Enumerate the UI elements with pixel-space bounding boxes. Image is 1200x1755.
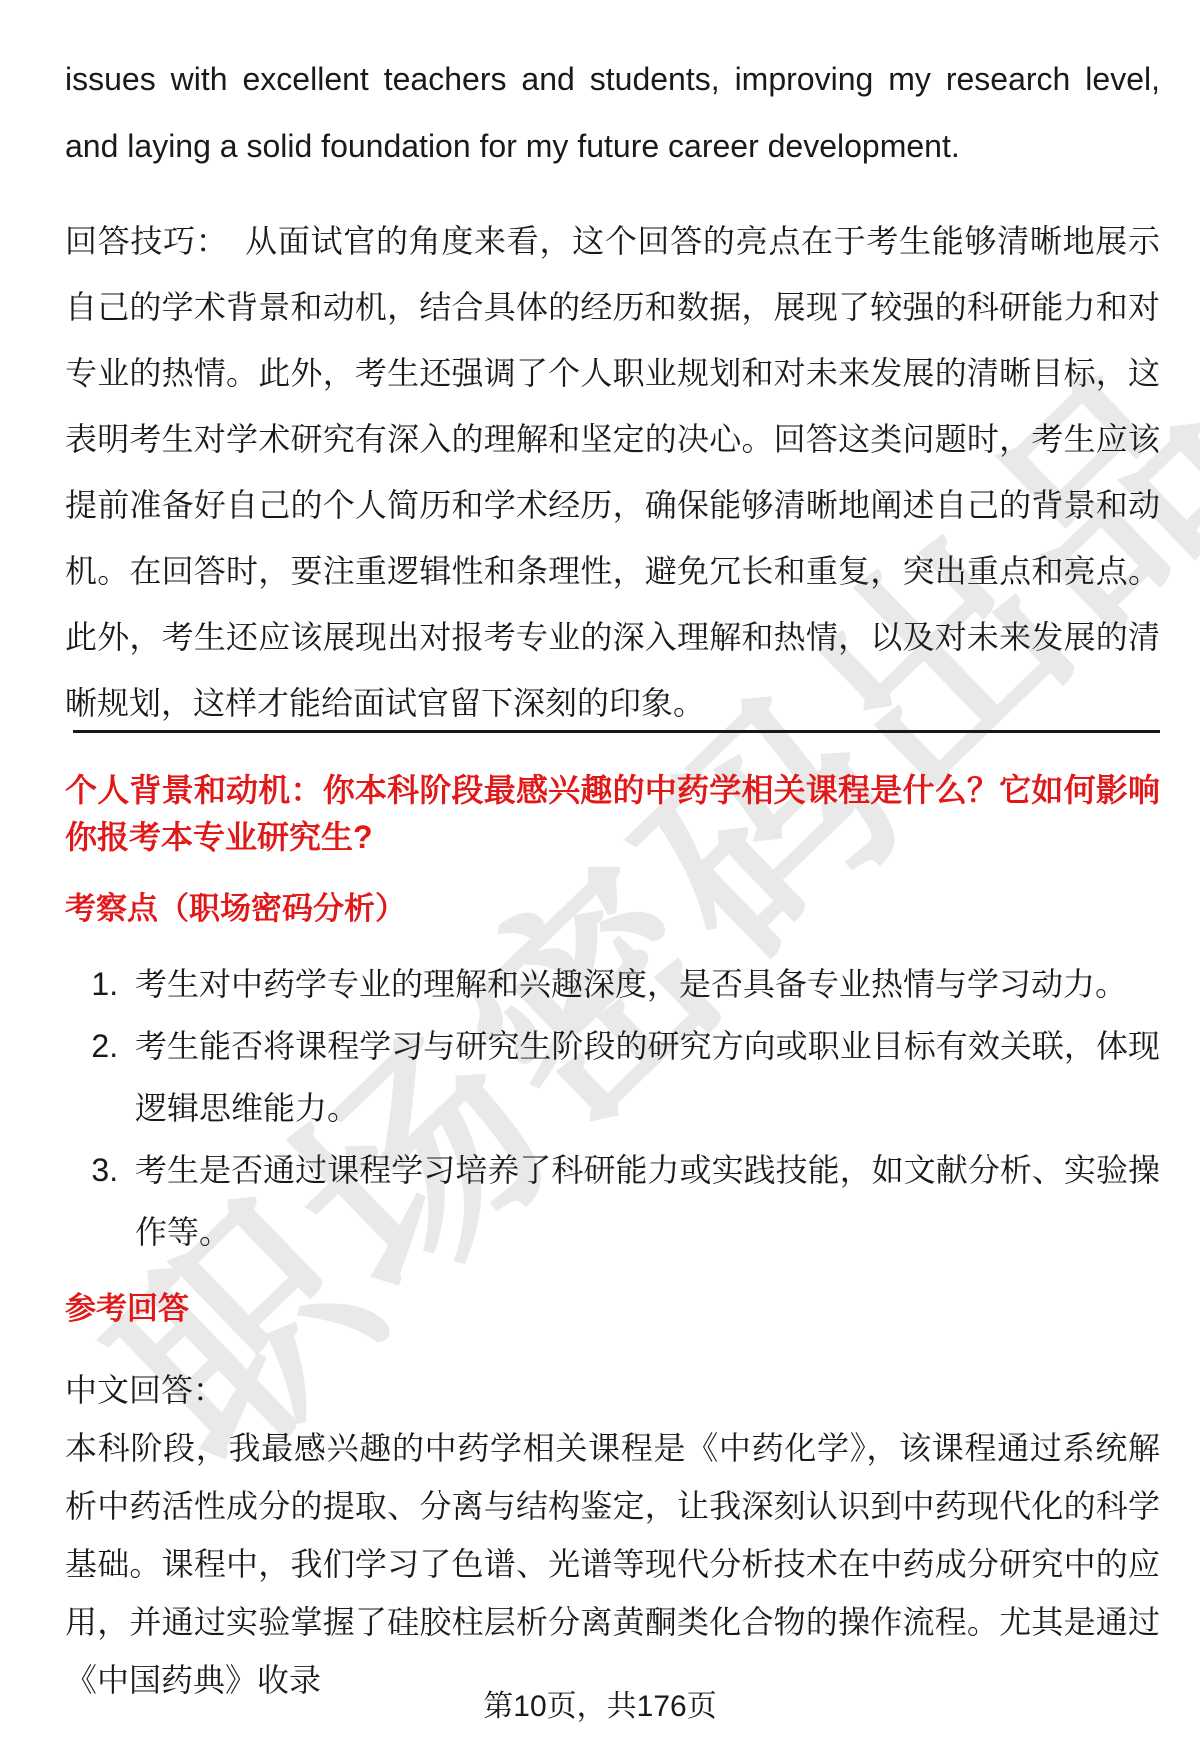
exam-points-heading: 考察点（职场密码分析）	[65, 887, 1160, 931]
exam-point-item: 考生对中药学专业的理解和兴趣深度，是否具备专业热情与学习动力。	[127, 953, 1160, 1015]
tips-paragraph: 回答技巧： 从面试官的角度来看，这个回答的亮点在于考生能够清晰地展示自己的学术背…	[65, 208, 1160, 736]
exam-point-item: 考生能否将课程学习与研究生阶段的研究方向或职业目标有效关联，体现逻辑思维能力。	[127, 1015, 1160, 1139]
page-footer: 第10页，共176页	[0, 1681, 1200, 1725]
reference-answer-heading: 参考回答	[65, 1287, 1160, 1331]
document-page: 职场密码出品 issues with excellent teachers an…	[0, 0, 1200, 1755]
chinese-answer-label: 中文回答：	[65, 1361, 1160, 1419]
exam-point-item: 考生是否通过课程学习培养了科研能力或实践技能，如文献分析、实验操作等。	[127, 1139, 1160, 1263]
exam-points-list: 考生对中药学专业的理解和兴趣深度，是否具备专业热情与学习动力。 考生能否将课程学…	[65, 953, 1160, 1263]
question-heading: 个人背景和动机：你本科阶段最感兴趣的中药学相关课程是什么？它如何影响你报考本专业…	[65, 767, 1160, 861]
english-paragraph: issues with excellent teachers and stude…	[65, 46, 1160, 180]
answer-paragraph: 本科阶段，我最感兴趣的中药学相关课程是《中药化学》，该课程通过系统解析中药活性成…	[65, 1419, 1160, 1709]
page-content: issues with excellent teachers and stude…	[0, 0, 1200, 1709]
